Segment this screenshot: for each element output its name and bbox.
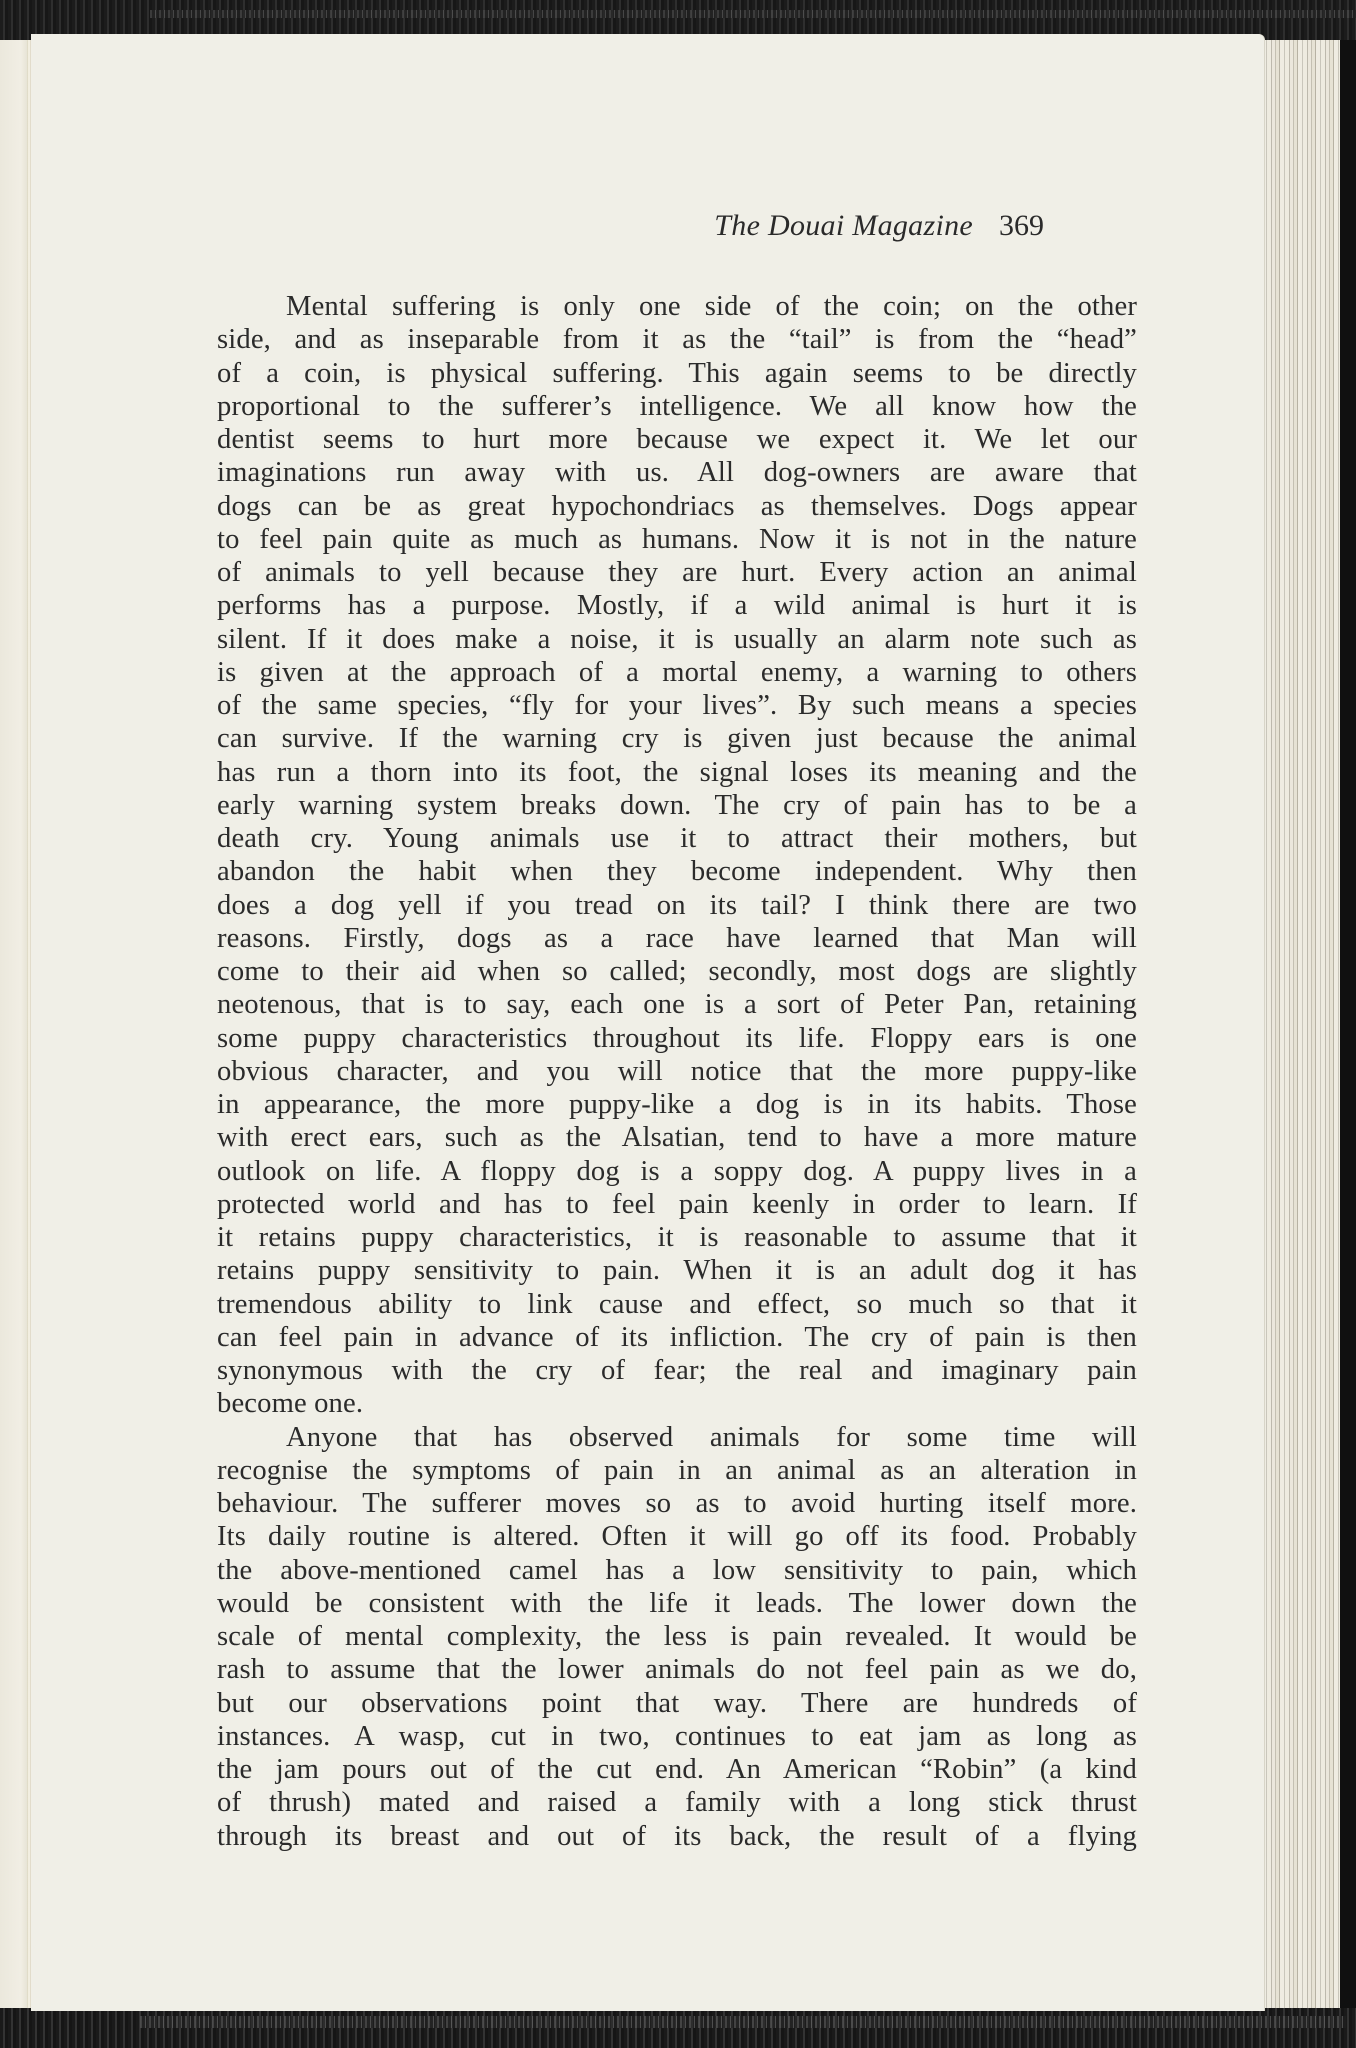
- paragraph: Anyone that has observed animals for som…: [217, 1421, 1137, 1853]
- text-line: has run a thorn into its foot, the signa…: [217, 756, 1137, 789]
- text-line: neotenous, that is to say, each one is a…: [217, 988, 1137, 1021]
- text-line: Anyone that has observed animals for som…: [217, 1421, 1137, 1454]
- text-line: of the same species, “fly for your lives…: [217, 689, 1137, 722]
- text-line: can feel pain in advance of its inflicti…: [217, 1321, 1137, 1354]
- text-line: in appearance, the more puppy-like a dog…: [217, 1088, 1137, 1121]
- cover-edge-shadow: [1340, 40, 1356, 2008]
- text-line: early warning system breaks down. The cr…: [217, 789, 1137, 822]
- text-line: imaginations run away with us. All dog-o…: [217, 456, 1137, 489]
- article-body: Mental suffering is only one side of the…: [217, 290, 1137, 1853]
- text-line: silent. If it does make a noise, it is u…: [217, 623, 1137, 656]
- text-line: abandon the habit when they become indep…: [217, 855, 1137, 888]
- text-line: outlook on life. A floppy dog is a soppy…: [217, 1155, 1137, 1188]
- text-line: death cry. Young animals use it to attra…: [217, 822, 1137, 855]
- text-line: Its daily routine is altered. Often it w…: [217, 1520, 1137, 1553]
- text-line: come to their aid when so called; second…: [217, 955, 1137, 988]
- text-line: rash to assume that the lower animals do…: [217, 1653, 1137, 1686]
- page-stack-edges: [1262, 40, 1350, 2008]
- text-line: Mental suffering is only one side of the…: [217, 290, 1137, 323]
- text-line: behaviour. The sufferer moves so as to a…: [217, 1487, 1137, 1520]
- text-line: would be consistent with the life it lea…: [217, 1587, 1137, 1620]
- text-line: tremendous ability to link cause and eff…: [217, 1288, 1137, 1321]
- text-line: through its breast and out of its back, …: [217, 1820, 1137, 1853]
- text-line: of thrush) mated and raised a family wit…: [217, 1786, 1137, 1819]
- text-line: proportional to the sufferer’s intellige…: [217, 390, 1137, 423]
- book-cover-cloth-bottom: [0, 2008, 1356, 2048]
- text-line: become one.: [217, 1387, 1137, 1420]
- text-line: some puppy characteristics throughout it…: [217, 1022, 1137, 1055]
- text-line: scale of mental complexity, the less is …: [217, 1620, 1137, 1653]
- text-line: dogs can be as great hypochondriacs as t…: [217, 490, 1137, 523]
- text-line: instances. A wasp, cut in two, continues…: [217, 1720, 1137, 1753]
- page-number: 369: [999, 209, 1044, 242]
- text-line: the above-mentioned camel has a low sens…: [217, 1554, 1137, 1587]
- text-line: dentist seems to hurt more because we ex…: [217, 423, 1137, 456]
- text-line: the jam pours out of the cut end. An Ame…: [217, 1753, 1137, 1786]
- running-head: The Douai Magazine369: [714, 206, 1044, 246]
- text-line: protected world and has to feel pain kee…: [217, 1188, 1137, 1221]
- text-line: but our observations point that way. The…: [217, 1687, 1137, 1720]
- text-line: can survive. If the warning cry is given…: [217, 722, 1137, 755]
- text-line: recognise the symptoms of pain in an ani…: [217, 1454, 1137, 1487]
- text-line: with erect ears, such as the Alsatian, t…: [217, 1121, 1137, 1154]
- text-line: reasons. Firstly, dogs as a race have le…: [217, 922, 1137, 955]
- text-line: obvious character, and you will notice t…: [217, 1055, 1137, 1088]
- text-line: of animals to yell because they are hurt…: [217, 556, 1137, 589]
- paragraph: Mental suffering is only one side of the…: [217, 290, 1137, 1421]
- facing-page-edge: [0, 40, 30, 2008]
- text-line: synonymous with the cry of fear; the rea…: [217, 1354, 1137, 1387]
- text-line: to feel pain quite as much as humans. No…: [217, 523, 1137, 556]
- text-line: performs has a purpose. Mostly, if a wil…: [217, 589, 1137, 622]
- text-line: of a coin, is physical suffering. This a…: [217, 357, 1137, 390]
- text-line: side, and as inseparable from it as the …: [217, 323, 1137, 356]
- text-line: retains puppy sensitivity to pain. When …: [217, 1254, 1137, 1287]
- book-page: The Douai Magazine369 Mental suffering i…: [31, 34, 1264, 2011]
- text-line: is given at the approach of a mortal ene…: [217, 656, 1137, 689]
- text-line: it retains puppy characteristics, it is …: [217, 1221, 1137, 1254]
- text-line: does a dog yell if you tread on its tail…: [217, 889, 1137, 922]
- publication-title: The Douai Magazine: [714, 209, 973, 242]
